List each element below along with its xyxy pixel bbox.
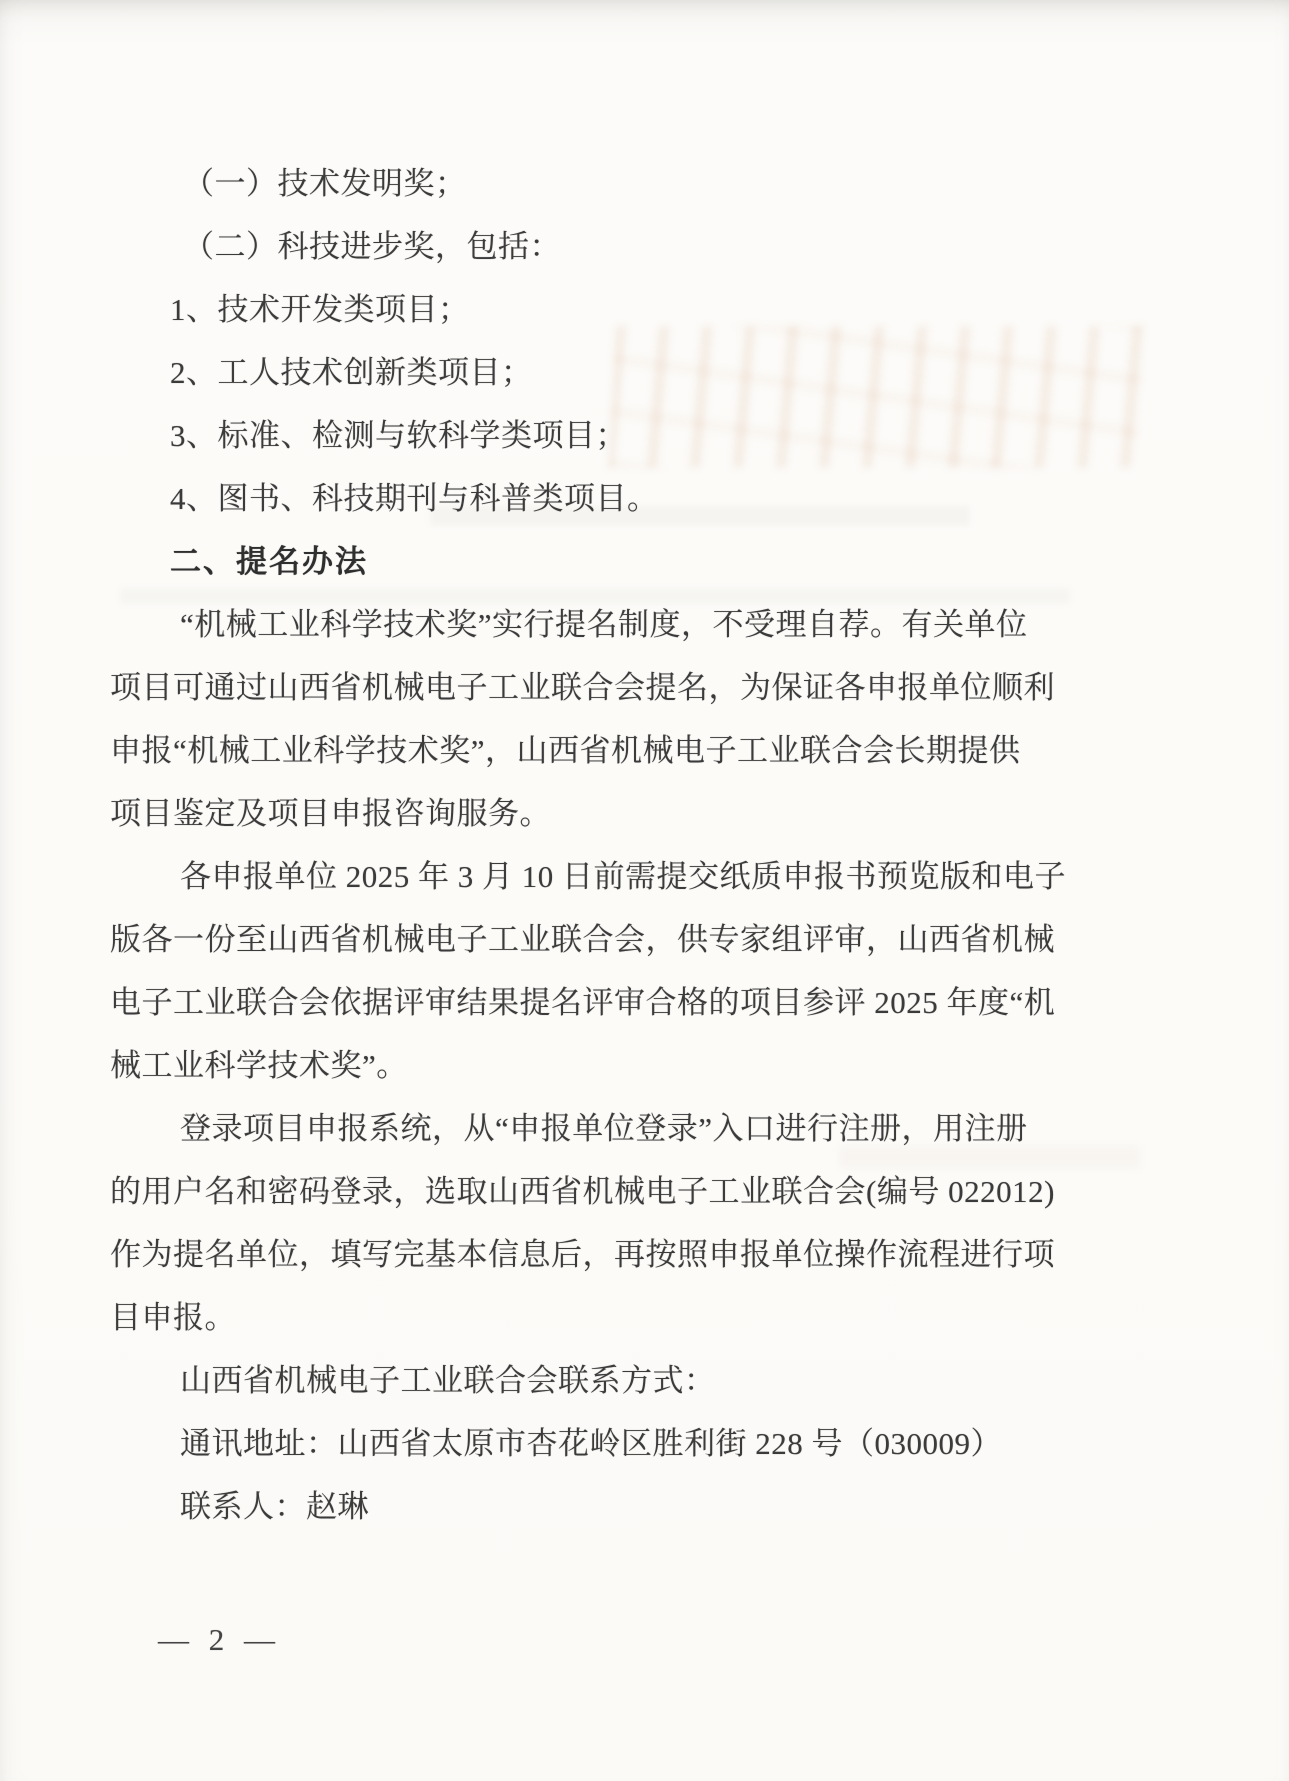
doc-line: 项目可通过山西省机械电子工业联合会提名，为保证各申报单位顺利 bbox=[110, 656, 1042, 719]
doc-line: 作为提名单位，填写完基本信息后，再按照申报单位操作流程进行项 bbox=[110, 1223, 1042, 1286]
doc-line: “机械工业科学技术奖”实行提名制度，不受理自荐。有关单位 bbox=[110, 593, 1042, 656]
doc-line-contact-address: 通讯地址：山西省太原市杏花岭区胜利街 228 号（030009） bbox=[110, 1412, 1042, 1475]
doc-line: 各申报单位 2025 年 3 月 10 日前需提交纸质申报书预览版和电子 bbox=[110, 845, 1042, 908]
doc-line: 版各一份至山西省机械电子工业联合会，供专家组评审，山西省机械 bbox=[110, 908, 1042, 971]
doc-line-item-4: 4、图书、科技期刊与科普类项目。 bbox=[110, 467, 1042, 530]
doc-line-contact-header: 山西省机械电子工业联合会联系方式： bbox=[110, 1349, 1042, 1412]
document-body: （一）技术发明奖； （二）科技进步奖，包括： 1、技术开发类项目； 2、工人技术… bbox=[110, 152, 1042, 1538]
doc-line: 申报“机械工业科学技术奖”，山西省机械电子工业联合会长期提供 bbox=[110, 719, 1042, 782]
doc-line: 电子工业联合会依据评审结果提名评审合格的项目参评 2025 年度“机 bbox=[110, 971, 1042, 1034]
doc-line-item-1: 1、技术开发类项目； bbox=[110, 278, 1042, 341]
doc-line-award-invention: （一）技术发明奖； bbox=[110, 152, 1042, 215]
doc-line-item-3: 3、标准、检测与软科学类项目； bbox=[110, 404, 1042, 467]
doc-line: 项目鉴定及项目申报咨询服务。 bbox=[110, 782, 1042, 845]
doc-line: 登录项目申报系统，从“申报单位登录”入口进行注册，用注册 bbox=[110, 1097, 1042, 1160]
doc-line-item-2: 2、工人技术创新类项目； bbox=[110, 341, 1042, 404]
scanned-document-page: （一）技术发明奖； （二）科技进步奖，包括： 1、技术开发类项目； 2、工人技术… bbox=[0, 0, 1289, 1781]
page-number: — 2 — bbox=[158, 1622, 281, 1658]
doc-line: 械工业科学技术奖”。 bbox=[110, 1034, 1042, 1097]
doc-line: 目申报。 bbox=[110, 1286, 1042, 1349]
section-heading-nomination: 二、提名办法 bbox=[110, 530, 1042, 593]
doc-line-award-progress: （二）科技进步奖，包括： bbox=[110, 215, 1042, 278]
doc-line-contact-person: 联系人：赵琳 bbox=[110, 1475, 1042, 1538]
doc-line: 的用户名和密码登录，选取山西省机械电子工业联合会(编号 022012) bbox=[110, 1160, 1042, 1223]
